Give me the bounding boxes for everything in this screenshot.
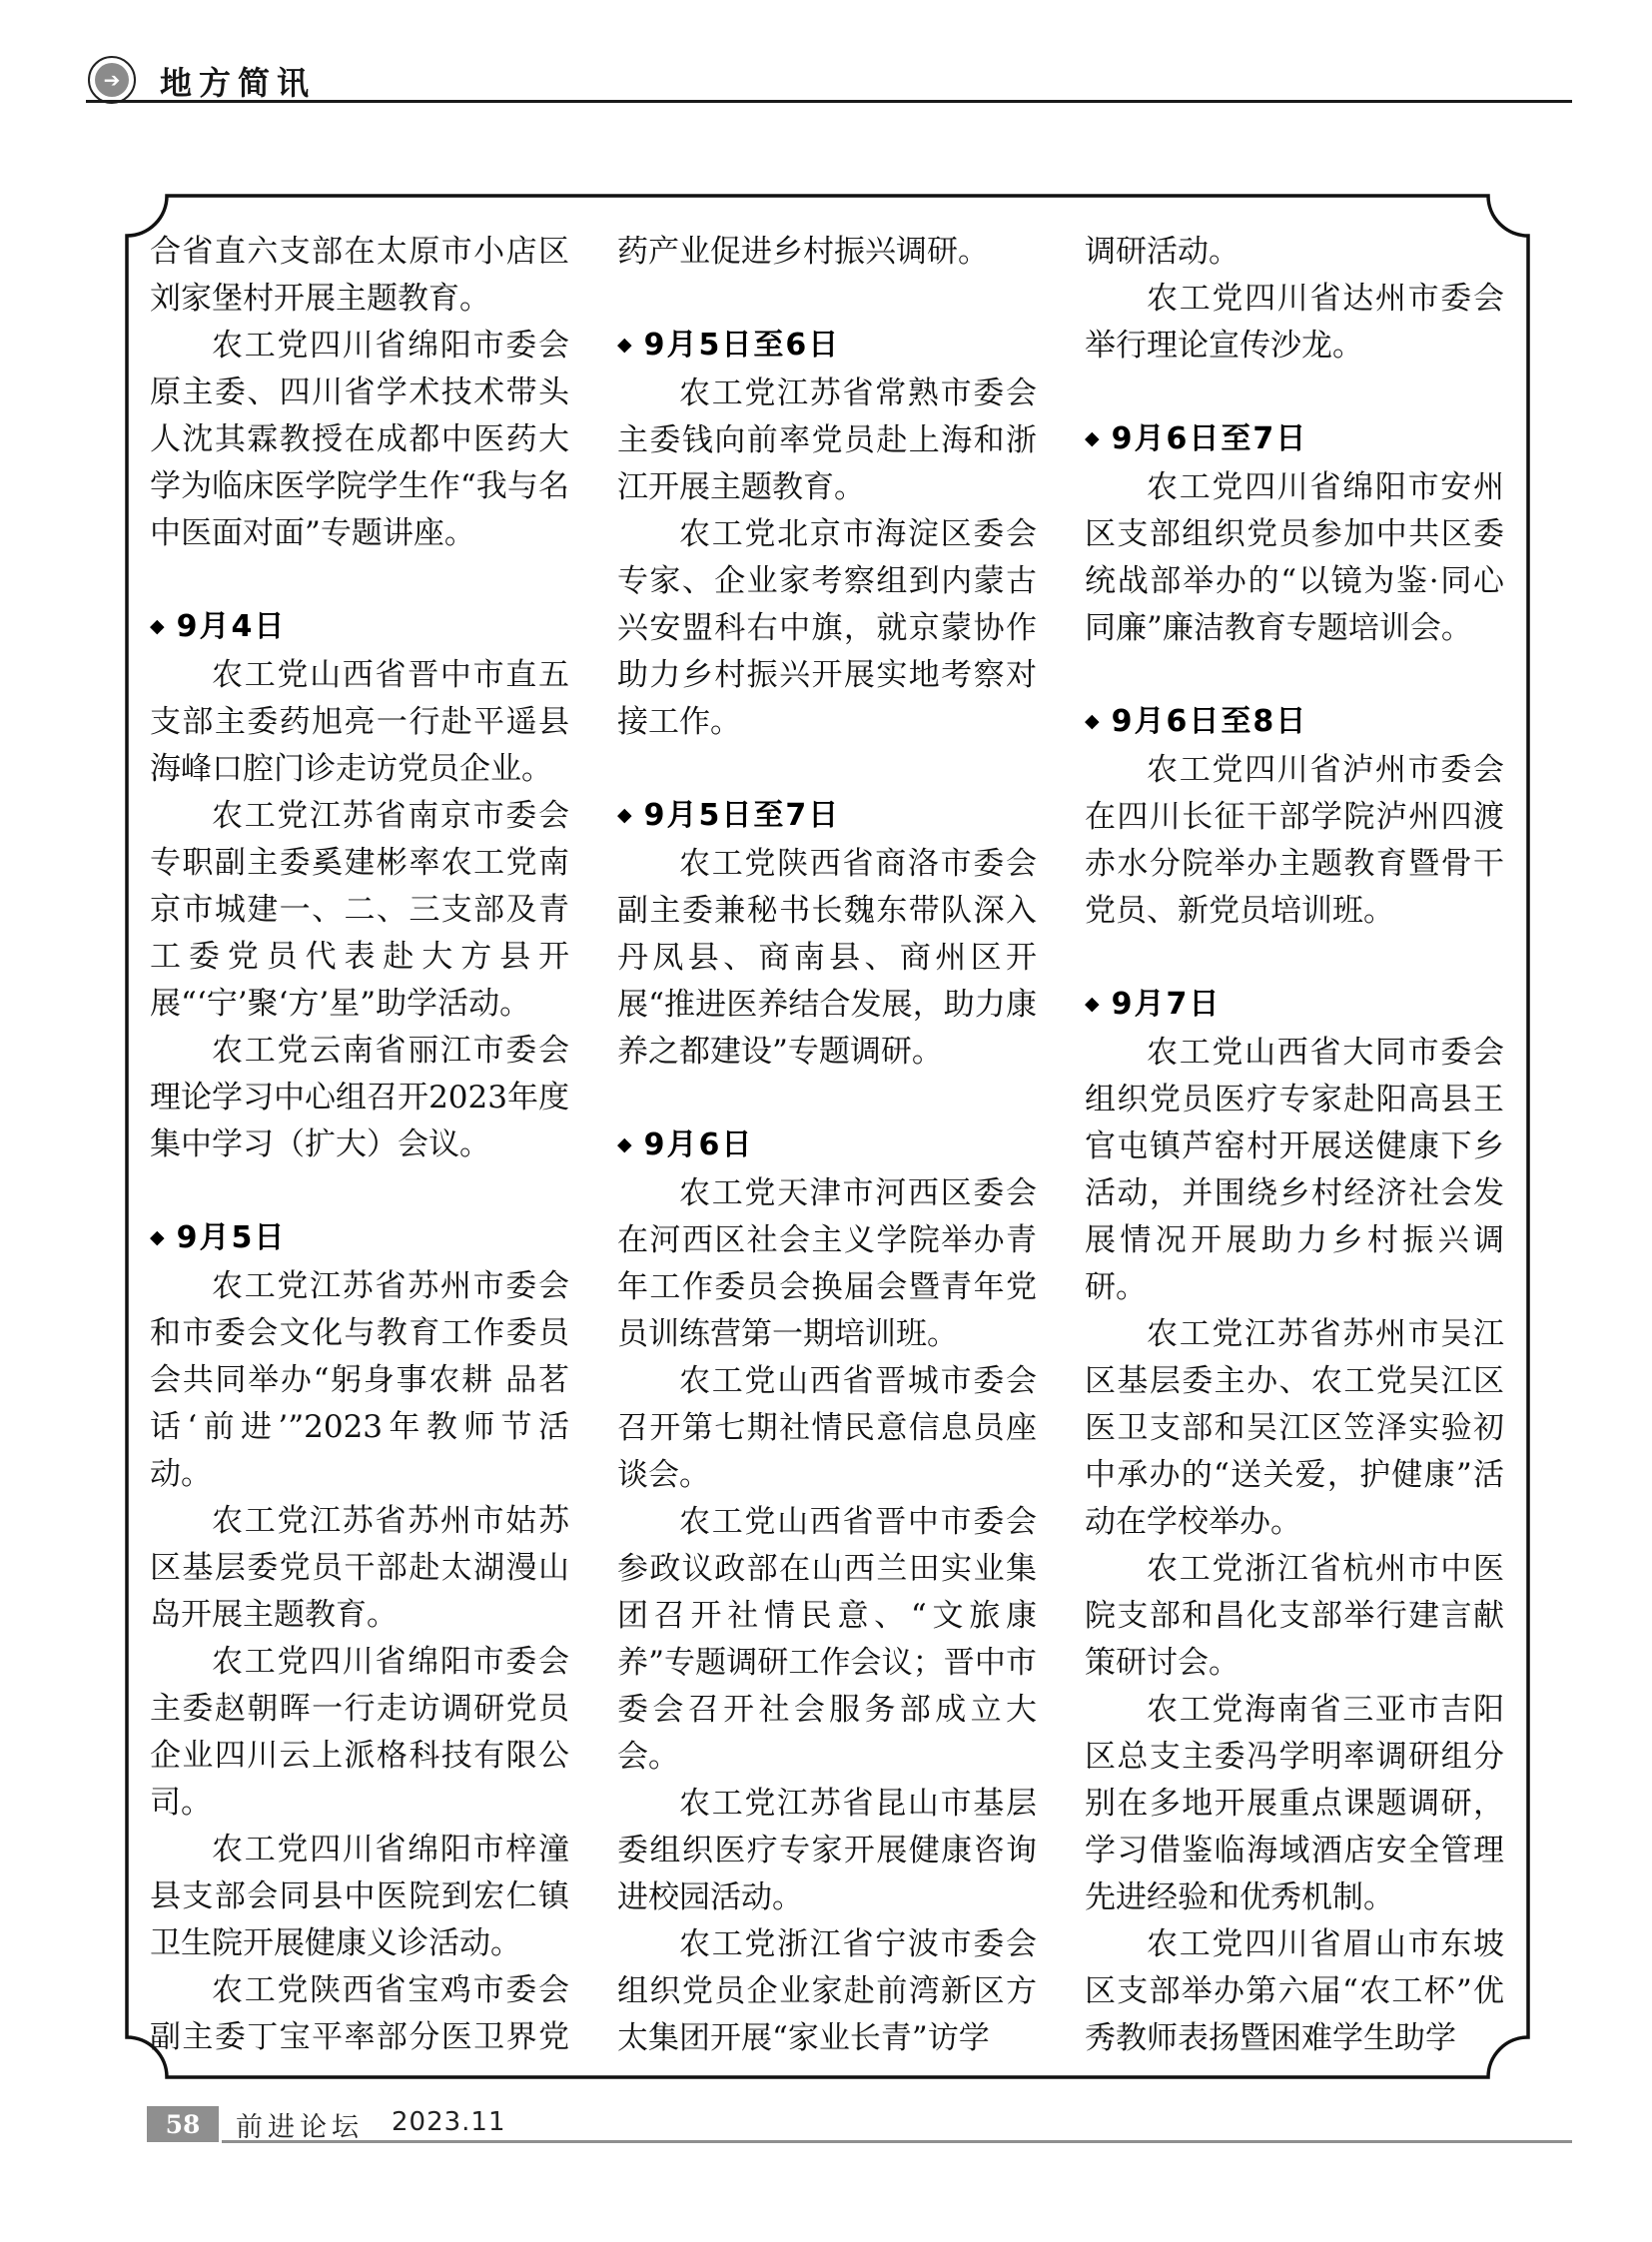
news-paragraph: 农工党海南省三亚市吉阳区总支主委冯学明率调研组分别在多地开展重点课题调研，学习借… bbox=[1085, 1687, 1504, 1921]
date-heading: ◆9月6日至8日 bbox=[1085, 698, 1504, 745]
diamond-bullet-icon: ◆ bbox=[617, 1135, 632, 1154]
diamond-bullet-icon: ◆ bbox=[150, 617, 165, 636]
date-heading: ◆9月5日 bbox=[150, 1214, 569, 1261]
news-paragraph: 农工党浙江省宁波市委会组织党员企业家赴前湾新区方太集团开展“家业长青”访学 bbox=[617, 1921, 1037, 2062]
news-paragraph: 农工党江苏省苏州市吴江区基层委主办、农工党吴江区医卫支部和吴江区笠泽实验初中承办… bbox=[1085, 1311, 1504, 1546]
date-heading-text: 9月7日 bbox=[1112, 981, 1222, 1028]
news-paragraph: 农工党四川省绵阳市委会原主委、四川省学术技术带头人沈其霖教授在成都中医药大学为临… bbox=[150, 323, 569, 557]
date-heading-text: 9月6日至7日 bbox=[1112, 415, 1308, 462]
text-column-3: 调研活动。农工党四川省达州市委会举行理论宣传沙龙。◆9月6日至7日农工党四川省绵… bbox=[1085, 229, 1504, 2066]
section-arrow-icon: ➔ bbox=[88, 56, 136, 104]
news-paragraph: 农工党江苏省苏州市委会和市委会文化与教育工作委员会共同举办“躬身事农耕 品茗话‘… bbox=[150, 1263, 569, 1498]
diamond-bullet-icon: ◆ bbox=[1085, 429, 1100, 448]
page-number-badge: 58 bbox=[147, 2106, 219, 2142]
date-heading-text: 9月4日 bbox=[177, 603, 287, 650]
date-heading-text: 9月6日至8日 bbox=[1112, 698, 1308, 745]
news-paragraph: 农工党四川省绵阳市梓潼县支部会同县中医院到宏仁镇卫生院开展健康义诊活动。 bbox=[150, 1827, 569, 1967]
arrow-icon: ➔ bbox=[95, 63, 129, 97]
date-heading: ◆9月4日 bbox=[150, 603, 569, 650]
date-heading-text: 9月5日至7日 bbox=[644, 792, 841, 839]
date-heading: ◆9月6日至7日 bbox=[1085, 415, 1504, 462]
section-title: 地方简讯 bbox=[160, 58, 316, 104]
news-paragraph: 农工党四川省绵阳市委会主委赵朝晖一行走访调研党员企业四川云上派格科技有限公司。 bbox=[150, 1639, 569, 1827]
date-heading: ◆9月5日至7日 bbox=[617, 792, 1037, 839]
news-paragraph: 农工党四川省眉山市东坡区支部举办第六届“农工杯”优秀教师表扬暨困难学生助学 bbox=[1085, 1921, 1504, 2062]
diamond-bullet-icon: ◆ bbox=[1085, 712, 1100, 731]
text-column-2: 药产业促进乡村振兴调研。◆9月5日至6日农工党江苏省常熟市委会主委钱向前率党员赴… bbox=[617, 229, 1037, 2066]
journal-name: 前进论坛 bbox=[236, 2105, 364, 2144]
footer-rule bbox=[222, 2140, 1572, 2143]
news-paragraph: 农工党云南省丽江市委会理论学习中心组召开2023年度集中学习（扩大）会议。 bbox=[150, 1028, 569, 1168]
news-paragraph: 农工党山西省晋城市委会召开第七期社情民意信息员座谈会。 bbox=[617, 1358, 1037, 1499]
news-paragraph: 农工党江苏省南京市委会专职副主委奚建彬率农工党南京市城建一、二、三支部及青工委党… bbox=[150, 793, 569, 1028]
news-paragraph: 药产业促进乡村振兴调研。 bbox=[617, 229, 1037, 276]
date-heading-text: 9月6日 bbox=[644, 1121, 754, 1168]
news-paragraph: 农工党四川省达州市委会举行理论宣传沙龙。 bbox=[1085, 276, 1504, 370]
news-paragraph: 农工党浙江省杭州市中医院支部和昌化支部举行建言献策研讨会。 bbox=[1085, 1546, 1504, 1687]
diamond-bullet-icon: ◆ bbox=[617, 336, 632, 355]
date-heading: ◆9月6日 bbox=[617, 1121, 1037, 1168]
news-paragraph: 农工党四川省泸州市委会在四川长征干部学院泸州四渡赤水分院举办主题教育暨骨干党员、… bbox=[1085, 747, 1504, 935]
text-column-1: 合省直六支部在太原市小店区刘家堡村开展主题教育。农工党四川省绵阳市委会原主委、四… bbox=[150, 229, 569, 2066]
news-paragraph: 农工党江苏省常熟市委会主委钱向前率党员赴上海和浙江开展主题教育。 bbox=[617, 371, 1037, 511]
news-paragraph: 农工党陕西省商洛市委会副主委兼秘书长魏东带队深入丹凤县、商南县、商州区开展“推进… bbox=[617, 841, 1037, 1076]
news-paragraph: 合省直六支部在太原市小店区刘家堡村开展主题教育。 bbox=[150, 229, 569, 323]
header-rule bbox=[86, 100, 1572, 103]
news-paragraph: 农工党山西省大同市委会组织党员医疗专家赴阳高县王官屯镇芦窑村开展送健康下乡活动，… bbox=[1085, 1030, 1504, 1311]
news-paragraph: 农工党山西省晋中市直五支部主委药旭亮一行赴平遥县海峰口腔门诊走访党员企业。 bbox=[150, 652, 569, 793]
news-paragraph: 农工党山西省晋中市委会参政议政部在山西兰田实业集团召开社情民意、“文旅康养”专题… bbox=[617, 1499, 1037, 1781]
news-paragraph: 调研活动。 bbox=[1085, 229, 1504, 276]
news-paragraph: 农工党四川省绵阳市安州区支部组织党员参加中共区委统战部举办的“以镜为鉴·同心同廉… bbox=[1085, 464, 1504, 652]
news-paragraph: 农工党陕西省宝鸡市委会副主委丁宝平率部分医卫界党员和机关干部，赴岐山县开展中医 bbox=[150, 1967, 569, 2066]
date-heading-text: 9月5日至6日 bbox=[644, 322, 841, 369]
date-heading: ◆9月7日 bbox=[1085, 981, 1504, 1028]
diamond-bullet-icon: ◆ bbox=[617, 806, 632, 825]
diamond-bullet-icon: ◆ bbox=[150, 1228, 165, 1247]
date-heading: ◆9月5日至6日 bbox=[617, 322, 1037, 369]
date-heading-text: 9月5日 bbox=[177, 1214, 287, 1261]
diamond-bullet-icon: ◆ bbox=[1085, 995, 1100, 1014]
magazine-page: ➔ 地方简讯 合省直六支部在太原市小店区刘家堡村开展主题教育。农工党四川省绵阳市… bbox=[0, 0, 1652, 2242]
news-paragraph: 农工党江苏省苏州市姑苏区基层委党员干部赴太湖漫山岛开展主题教育。 bbox=[150, 1498, 569, 1639]
news-paragraph: 农工党天津市河西区委会在河西区社会主义学院举办青年工作委员会换届会暨青年党员训练… bbox=[617, 1170, 1037, 1358]
columns: 合省直六支部在太原市小店区刘家堡村开展主题教育。农工党四川省绵阳市委会原主委、四… bbox=[150, 229, 1504, 2066]
news-paragraph: 农工党江苏省昆山市基层委组织医疗专家开展健康咨询进校园活动。 bbox=[617, 1781, 1037, 1921]
news-paragraph: 农工党北京市海淀区委会专家、企业家考察组到内蒙古兴安盟科右中旗，就京蒙协作助力乡… bbox=[617, 511, 1037, 746]
issue-date: 2023.11 bbox=[392, 2107, 506, 2137]
